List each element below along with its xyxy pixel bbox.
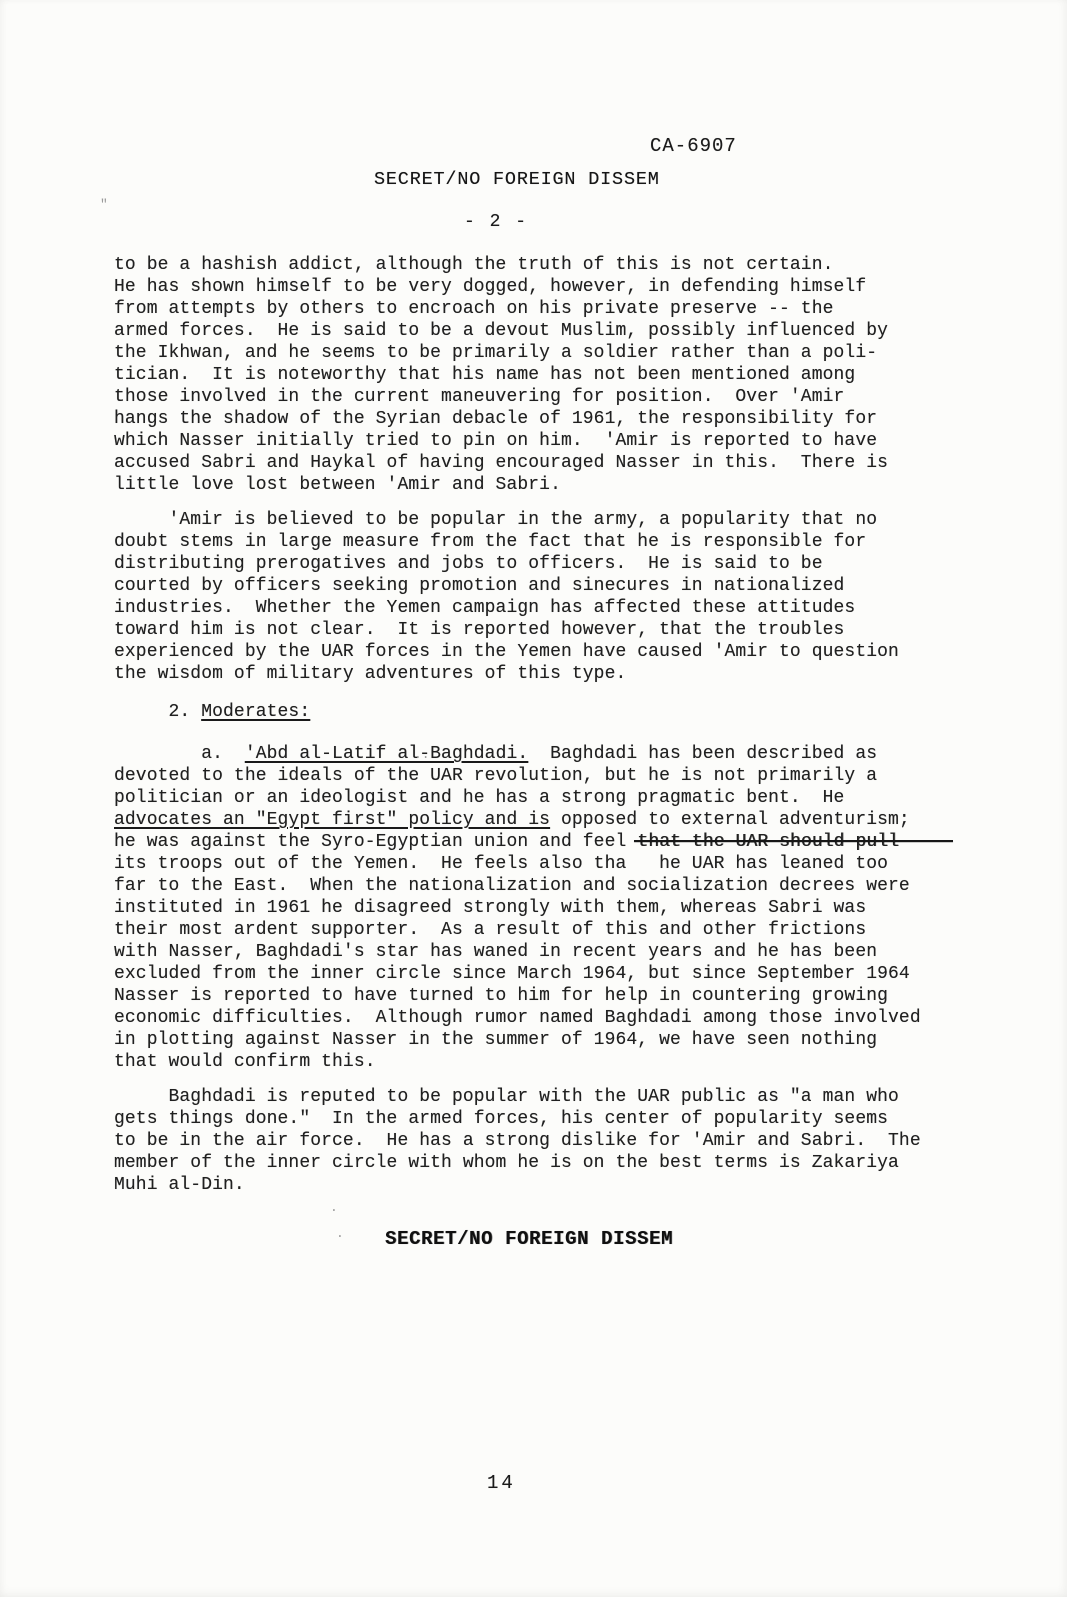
- text-line: 'Amir is believed to be popular in the a…: [114, 509, 1014, 531]
- text-segment: courted by officers seeking promotion an…: [114, 576, 844, 596]
- text-line: armed forces. He is said to be a devout …: [114, 320, 1014, 342]
- text-segment: to be a hashish addict, although the tru…: [114, 255, 834, 275]
- text-segment: 'Amir is believed to be popular in the a…: [114, 510, 877, 530]
- text-segment: distributing prerogatives and jobs to of…: [114, 554, 823, 574]
- page-marker: - 2 -: [464, 212, 528, 232]
- text-line: Baghdadi is reputed to be popular with t…: [114, 1086, 1014, 1108]
- text-line: a. 'Abd al-Latif al-Baghdadi. Baghdadi h…: [114, 743, 1014, 765]
- text-segment: tician. It is noteworthy that his name h…: [114, 365, 855, 385]
- text-segment: the Ikhwan, and he seems to be primarily…: [114, 343, 877, 363]
- underlined-text: Moderates:: [201, 702, 310, 722]
- text-line: industries. Whether the Yemen campaign h…: [114, 597, 1014, 619]
- document-body: to be a hashish addict, although the tru…: [114, 254, 1014, 1196]
- text-segment: 2.: [114, 702, 201, 722]
- paragraph: a. 'Abd al-Latif al-Baghdadi. Baghdadi h…: [114, 743, 1014, 1073]
- text-line: that would confirm this.: [114, 1051, 1014, 1073]
- text-line: experienced by the UAR forces in the Yem…: [114, 641, 1014, 663]
- struck-text: that the UAR should pull: [637, 832, 899, 852]
- paragraph: to be a hashish addict, although the tru…: [114, 254, 1014, 496]
- scan-artifact: ..: [414, 750, 430, 760]
- text-line: from attempts by others to encroach on h…: [114, 298, 1014, 320]
- text-line: the wisdom of military adventures of thi…: [114, 663, 1014, 685]
- text-segment: hangs the shadow of the Syrian debacle o…: [114, 409, 877, 429]
- text-line: to be a hashish addict, although the tru…: [114, 254, 1014, 276]
- text-line: hangs the shadow of the Syrian debacle o…: [114, 408, 1014, 430]
- text-line: with Nasser, Baghdadi's star has waned i…: [114, 941, 1014, 963]
- text-segment: which Nasser initially tried to pin on h…: [114, 431, 877, 451]
- text-segment: their most ardent supporter. As a result…: [114, 920, 866, 940]
- text-segment: devoted to the ideals of the UAR revolut…: [114, 766, 877, 786]
- text-line: in plotting against Nasser in the summer…: [114, 1029, 1014, 1051]
- text-segment: gets things done." In the armed forces, …: [114, 1109, 888, 1129]
- text-line: its troops out of the Yemen. He feels al…: [114, 853, 1014, 875]
- underlined-text: 'Abd al-Latif al-Baghdadi.: [245, 744, 528, 764]
- scan-artifact: ": [100, 200, 108, 210]
- text-segment: economic difficulties. Although rumor na…: [114, 1008, 921, 1028]
- text-line: member of the inner circle with whom he …: [114, 1152, 1014, 1174]
- text-segment: far to the East. When the nationalizatio…: [114, 876, 910, 896]
- text-line: gets things done." In the armed forces, …: [114, 1108, 1014, 1130]
- doc-number: CA-6907: [650, 135, 737, 157]
- text-line: little love lost between 'Amir and Sabri…: [114, 474, 1014, 496]
- text-segment: excluded from the inner circle since Mar…: [114, 964, 910, 984]
- text-segment: instituted in 1961 he disagreed strongly…: [114, 898, 866, 918]
- text-segment: Muhi al-Din.: [114, 1175, 245, 1195]
- text-segment: member of the inner circle with whom he …: [114, 1153, 899, 1173]
- text-line: economic difficulties. Although rumor na…: [114, 1007, 1014, 1029]
- text-segment: he was against the Syro-Egyptian union a…: [114, 832, 637, 852]
- text-line: excluded from the inner circle since Mar…: [114, 963, 1014, 985]
- text-line: politician or an ideologist and he has a…: [114, 787, 1014, 809]
- text-segment: the wisdom of military adventures of thi…: [114, 664, 626, 684]
- text-line: instituted in 1961 he disagreed strongly…: [114, 897, 1014, 919]
- text-line: devoted to the ideals of the UAR revolut…: [114, 765, 1014, 787]
- text-segment: experienced by the UAR forces in the Yem…: [114, 642, 899, 662]
- text-line: He has shown himself to be very dogged, …: [114, 276, 1014, 298]
- text-segment: Nasser is reported to have turned to him…: [114, 986, 888, 1006]
- text-line: tician. It is noteworthy that his name h…: [114, 364, 1014, 386]
- document-page: CA-6907 SECRET/NO FOREIGN DISSEM - 2 - t…: [0, 0, 1067, 1597]
- scan-artifact: .: [336, 1229, 344, 1239]
- text-line: the Ikhwan, and he seems to be primarily…: [114, 342, 1014, 364]
- section-heading: 2. Moderates:: [114, 701, 1014, 723]
- text-segment: politician or an ideologist and he has a…: [114, 788, 844, 808]
- text-line: far to the East. When the nationalizatio…: [114, 875, 1014, 897]
- text-segment: He has shown himself to be very dogged, …: [114, 277, 866, 297]
- text-segment: to be in the air force. He has a strong …: [114, 1131, 921, 1151]
- text-segment: accused Sabri and Haykal of having encou…: [114, 453, 888, 473]
- text-line: toward him is not clear. It is reported …: [114, 619, 1014, 641]
- text-line: doubt stems in large measure from the fa…: [114, 531, 1014, 553]
- text-line: accused Sabri and Haykal of having encou…: [114, 452, 1014, 474]
- scan-artifact: .: [330, 1203, 338, 1213]
- text-segment: from attempts by others to encroach on h…: [114, 299, 834, 319]
- text-segment: industries. Whether the Yemen campaign h…: [114, 598, 855, 618]
- text-segment: a.: [114, 744, 245, 764]
- underlined-text: advocates an "Egypt first" policy and is: [114, 810, 550, 830]
- classification-header: SECRET/NO FOREIGN DISSEM: [374, 169, 660, 190]
- text-line: which Nasser initially tried to pin on h…: [114, 430, 1014, 452]
- text-line: their most ardent supporter. As a result…: [114, 919, 1014, 941]
- text-segment: those involved in the current maneuverin…: [114, 387, 844, 407]
- page-number: 14: [487, 1472, 516, 1494]
- text-segment: opposed to external adventurism;: [550, 810, 910, 830]
- text-line: to be in the air force. He has a strong …: [114, 1130, 1014, 1152]
- text-line: 2. Moderates:: [114, 701, 1014, 723]
- text-segment: doubt stems in large measure from the fa…: [114, 532, 866, 552]
- text-segment: Baghdadi is reputed to be popular with t…: [114, 1087, 899, 1107]
- text-line: courted by officers seeking promotion an…: [114, 575, 1014, 597]
- text-line: Nasser is reported to have turned to him…: [114, 985, 1014, 1007]
- text-segment: with Nasser, Baghdadi's star has waned i…: [114, 942, 877, 962]
- paragraph: 'Amir is believed to be popular in the a…: [114, 509, 1014, 685]
- text-segment: armed forces. He is said to be a devout …: [114, 321, 888, 341]
- text-segment: little love lost between 'Amir and Sabri…: [114, 475, 561, 495]
- text-line: he was against the Syro-Egyptian union a…: [114, 831, 1014, 853]
- text-line: distributing prerogatives and jobs to of…: [114, 553, 1014, 575]
- text-segment: Baghdadi has been described as: [528, 744, 877, 764]
- text-segment: that would confirm this.: [114, 1052, 376, 1072]
- paragraph: Baghdadi is reputed to be popular with t…: [114, 1086, 1014, 1196]
- text-line: those involved in the current maneuverin…: [114, 386, 1014, 408]
- classification-footer: SECRET/NO FOREIGN DISSEM: [385, 1228, 673, 1250]
- text-segment: in plotting against Nasser in the summer…: [114, 1030, 877, 1050]
- text-line: advocates an "Egypt first" policy and is…: [114, 809, 1014, 831]
- text-segment: toward him is not clear. It is reported …: [114, 620, 844, 640]
- text-line: Muhi al-Din.: [114, 1174, 1014, 1196]
- text-segment: its troops out of the Yemen. He feels al…: [114, 854, 888, 874]
